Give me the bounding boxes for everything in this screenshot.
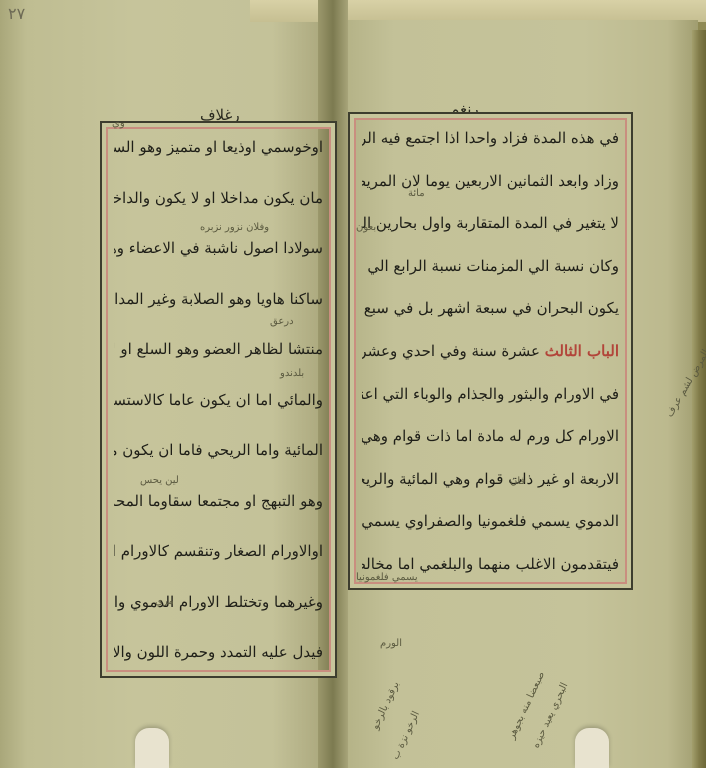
text-line: منتشا لظاهر العضو وهو السلع او لا يكون و… (114, 337, 323, 361)
text-line: الدموي يسمي فلغمونيا والصفراوي يسمي حمرة… (362, 509, 619, 533)
marginal-note: وي (112, 118, 125, 129)
marginal-note: مائة (408, 188, 425, 199)
text-line: في هذه المدة فزاد واحدا اذا اجتمع فيه ال… (362, 126, 619, 150)
text-line: سولادا اصول ناشبة في الاعضاء وهو السرطان… (114, 236, 323, 260)
book-clip-left (135, 728, 169, 768)
marginal-note: لين يحس (140, 475, 179, 486)
marginal-note: بلدندو (280, 368, 304, 379)
text-line: والمائي اما ان يكون عاما كالاستسقاء او خ… (114, 388, 323, 412)
text-line: يكون البحران في سبعة اشهر بل في سبع سنين… (362, 296, 619, 320)
text-line: مان يكون مداخلا او لا يكون والداخل اما ا… (114, 186, 323, 210)
text-line: الاربعة او غير ذات قوام وهي المائية والر… (362, 467, 619, 491)
text-line: ساكنا هاويا وهو الصلابة وغير المداخل اما… (114, 287, 323, 311)
right-text-frame: في هذه المدة فزاد واحدا اذا اجتمع فيه ال… (348, 112, 633, 590)
left-text-lines: اوخوسمي اوذيعا او متميز وهو السلعة اللين… (114, 135, 323, 664)
text-line: وغيرهما وتختلط الاورام الدموي والصفراوي … (114, 590, 323, 614)
text-line: وهو التبهج او مجتمعا سقاوما المحس وهو ال… (114, 489, 323, 513)
text-line: وكان نسبة الي المزمنات نسبة الرابع الي ا… (362, 254, 619, 278)
text-line: لا يتغير في المدة المتقاربة واول بحارين … (362, 211, 619, 235)
marginal-note: يسمي فلغمونيا (356, 572, 418, 583)
marginal-note: مري (155, 596, 174, 607)
right-text-lines: في هذه المدة فزاد واحدا اذا اجتمع فيه ال… (362, 126, 619, 576)
chapter-heading: الباب الثالث (545, 342, 619, 360)
text-line: اوخوسمي اوذيعا او متميز وهو السلعة اللين… (114, 135, 323, 159)
marginal-note: الورم (380, 638, 402, 649)
folio-number: ٢٧ (8, 4, 25, 23)
text-line: فيدل عليه التمدد وحمرة اللون والانتفاخ و… (114, 640, 323, 664)
text-line: في الاورام والبثور والجذام والوباء التي … (362, 382, 619, 406)
marginal-note: فان (510, 476, 525, 487)
page-fore-edge (692, 30, 706, 768)
text-line: اوالاورام الصغار وتنقسم كالاورام الى دمو… (114, 539, 323, 563)
marginal-note: درعق (270, 316, 294, 327)
manuscript-photo: ٢٧ رغلاف اوخوسمي اوذيعا او متميز وهو الس… (0, 0, 706, 768)
book-clip-right (575, 728, 609, 768)
marginal-note: وفلان نزور نزبره (200, 222, 269, 233)
text-line: المائية واما الريحي فاما ان يكون مخالطا … (114, 438, 323, 462)
marginal-note: بعون (356, 222, 376, 233)
text-line: عشرة سنة وفي احدي وعشرين سنة (362, 342, 540, 360)
left-text-frame: اوخوسمي اوذيعا او متميز وهو السلعة اللين… (100, 121, 337, 678)
text-line: وزاد وابعد الثمانين الاربعين يوما لان ال… (362, 169, 619, 193)
text-line: الاورام كل ورم له مادة اما ذات قوام وهي … (362, 424, 619, 448)
text-line-with-heading: الباب الثالث عشرة سنة وفي احدي وعشرين سن… (362, 339, 619, 363)
